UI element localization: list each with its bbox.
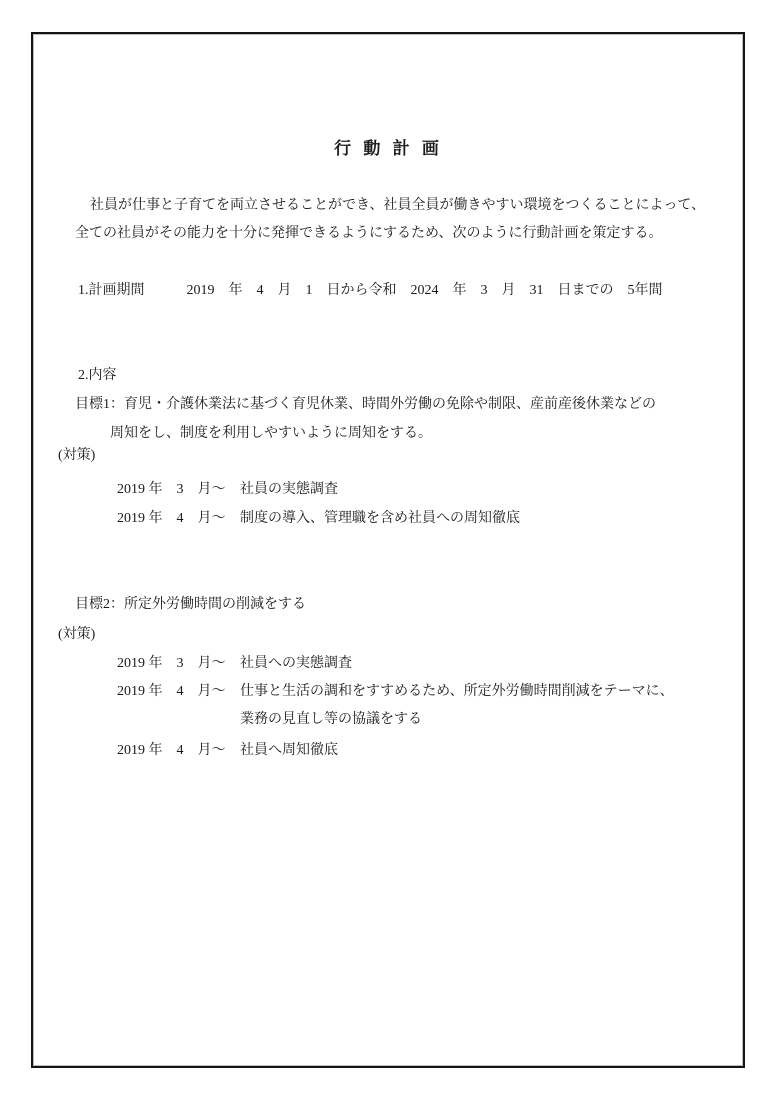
document-page: 行 動 計 画 社員が仕事と子育てを両立させることができ、社員全員が働きやすい環… <box>0 0 777 1100</box>
goal2-measure-row: 2019 年 4 月～ 仕事と生活の調和をすすめるため、所定外労働時間削減をテー… <box>0 678 777 734</box>
page-title: 行 動 計 画 <box>0 135 777 163</box>
goal2-measure-row: 2019 年 4 月～ 社員へ周知徹底 <box>0 737 777 765</box>
measure-text: 社員への実態調査 <box>240 650 352 678</box>
measure-text: 社員の実態調査 <box>240 476 338 504</box>
goal2-heading: 目標2：所定外労働時間の削減をする <box>75 591 306 619</box>
page-border <box>31 32 745 1068</box>
measure-date: 2019 年 4 月～ <box>117 505 226 533</box>
plan-period-line: 1.計画期間 2019 年 4 月 1 日から令和 2024 年 3 月 31 … <box>78 277 663 305</box>
measure-text: 制度の導入、管理職を含め社員への周知徹底 <box>240 505 520 533</box>
intro-paragraph-line-1: 社員が仕事と子育てを両立させることができ、社員全員が働きやすい環境をつくることに… <box>90 192 705 220</box>
measure-date: 2019 年 4 月～ <box>117 737 226 765</box>
measure-date: 2019 年 4 月～ <box>117 678 226 706</box>
goal1-heading-line-2: 周知をし、制度を利用しやすいように周知をする。 <box>110 420 432 448</box>
measure-date: 2019 年 3 月～ <box>117 476 226 504</box>
measure-date: 2019 年 3 月～ <box>117 650 226 678</box>
goal1-heading-line-1: 目標1：育児・介護休業法に基づく育児休業、時間外労働の免除や制限、産前産後休業な… <box>75 391 656 419</box>
measure-text: 仕事と生活の調和をすすめるため、所定外労働時間削減をテーマに、 業務の見直し等の… <box>240 678 674 734</box>
intro-paragraph-line-2: 全ての社員がその能力を十分に発揮できるようにするため、次のように行動計画を策定す… <box>75 220 662 248</box>
goal1-measures-label: (対策) <box>58 442 95 470</box>
measure-text: 社員へ周知徹底 <box>240 737 338 765</box>
contents-heading: 2.内容 <box>78 362 117 390</box>
goal1-measure-row: 2019 年 3 月～ 社員の実態調査 <box>0 476 777 504</box>
goal1-measure-row: 2019 年 4 月～ 制度の導入、管理職を含め社員への周知徹底 <box>0 505 777 533</box>
goal2-measures-label: (対策) <box>58 621 95 649</box>
goal2-measure-row: 2019 年 3 月～ 社員への実態調査 <box>0 650 777 678</box>
